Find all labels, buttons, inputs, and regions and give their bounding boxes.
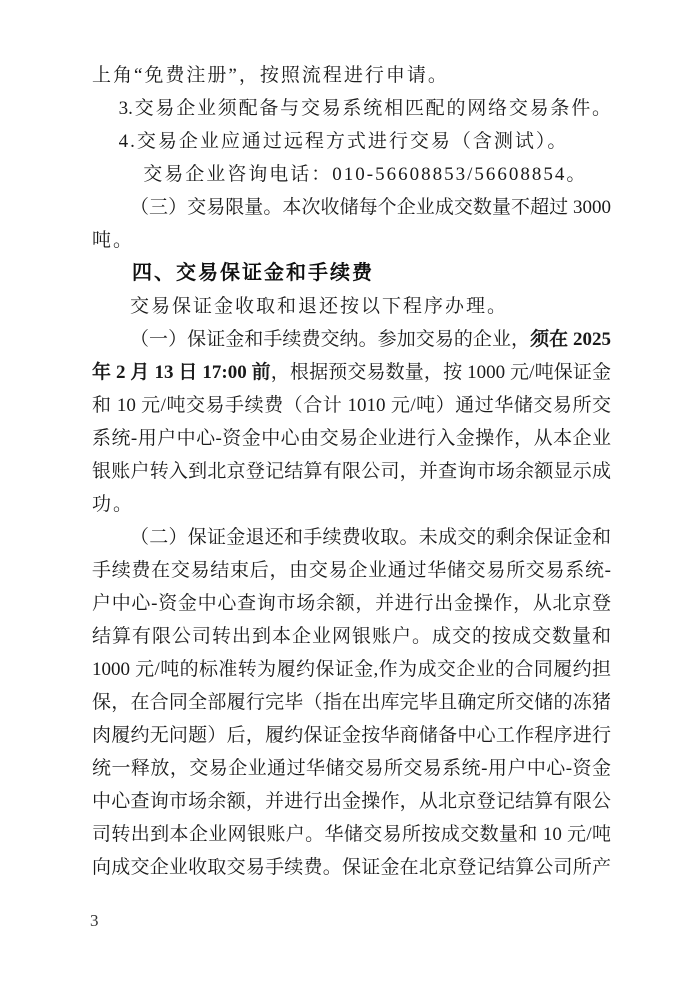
text-segment: 向成交企业收取交易手续费。保证金在北京登记结算公司所产 bbox=[92, 857, 611, 878]
text-segment: 银账户转入到北京登记结算有限公司，并查询市场余额显示成 bbox=[92, 461, 611, 482]
text-line: （一）保证金和手续费交纳。参加交易的企业，须在 2025 bbox=[92, 323, 611, 356]
text-line: 交易保证金收取和退还按以下程序办理。 bbox=[92, 290, 611, 323]
text-segment: 中心查询市场余额，并进行出金操作，从北京登记结算有限公 bbox=[92, 791, 611, 812]
text-line: 统一释放，交易企业通过华储交易所交易系统-用户中心-资金 bbox=[92, 752, 611, 785]
text-line: 年 2 月 13 日 17:00 前，根据预交易数量，按 1000 元/吨保证金 bbox=[92, 356, 611, 389]
emphasized-text-segment: 须在 2025 bbox=[530, 329, 611, 350]
text-segment: 结算有限公司转出到本企业网银账户。成交的按成交数量和 bbox=[92, 626, 611, 647]
text-line: （二）保证金退还和手续费收取。未成交的剩余保证金和 bbox=[92, 521, 611, 554]
document-body: 上角“免费注册”，按照流程进行申请。3.交易企业须配备与交易系统相匹配的网络交易… bbox=[92, 59, 611, 884]
text-line: 保，在合同全部履行完毕（指在出库完毕且确定所交储的冻猪 bbox=[92, 686, 611, 719]
page-number: 3 bbox=[90, 909, 99, 933]
text-line: 户中心-资金中心查询市场余额，并进行出金操作，从北京登记 bbox=[92, 587, 611, 620]
text-line: 中心查询市场余额，并进行出金操作，从北京登记结算有限公 bbox=[92, 785, 611, 818]
section-heading: 四、交易保证金和手续费 bbox=[92, 257, 611, 290]
text-segment: 吨。 bbox=[92, 230, 134, 251]
text-line: 肉履约无问题）后，履约保证金按华商储备中心工作程序进行 bbox=[92, 719, 611, 752]
text-segment: （一）保证金和手续费交纳。参加交易的企业， bbox=[130, 329, 530, 350]
text-line: 4.交易企业应通过远程方式进行交易（含测试）。 bbox=[92, 125, 611, 158]
text-line: 司转出到本企业网银账户。华储交易所按成交数量和 10 元/吨 bbox=[92, 818, 611, 851]
text-segment: 肉履约无问题）后，履约保证金按华商储备中心工作程序进行 bbox=[92, 725, 611, 746]
text-segment: ，根据预交易数量，按 1000 元/吨保证金 bbox=[271, 362, 611, 383]
text-segment: （二）保证金退还和手续费收取。未成交的剩余保证金和 bbox=[130, 527, 611, 548]
text-line: 吨。 bbox=[92, 224, 611, 257]
text-segment: （三）交易限量。本次收储每个企业成交数量不超过 3000 bbox=[130, 197, 611, 218]
document-page: 上角“免费注册”，按照流程进行申请。3.交易企业须配备与交易系统相匹配的网络交易… bbox=[0, 0, 700, 989]
text-line: 交易企业咨询电话：010-56608853/56608854。 bbox=[92, 158, 611, 191]
text-segment: 手续费在交易结束后，由交易企业通过华储交易所交易系统-用 bbox=[92, 560, 611, 587]
emphasized-text-segment: 年 2 月 13 日 17:00 前 bbox=[92, 362, 271, 383]
text-segment: 功。 bbox=[92, 494, 134, 515]
text-line: 结算有限公司转出到本企业网银账户。成交的按成交数量和 bbox=[92, 620, 611, 653]
text-line: 系统-用户中心-资金中心由交易企业进行入金操作，从本企业网 bbox=[92, 422, 611, 455]
text-segment: 系统-用户中心-资金中心由交易企业进行入金操作，从本企业网 bbox=[92, 428, 611, 455]
text-line: 3.交易企业须配备与交易系统相匹配的网络交易条件。 bbox=[92, 92, 611, 125]
text-line: 向成交企业收取交易手续费。保证金在北京登记结算公司所产 bbox=[92, 851, 611, 884]
text-segment: 3.交易企业须配备与交易系统相匹配的网络交易条件。 bbox=[119, 98, 611, 119]
text-segment: 司转出到本企业网银账户。华储交易所按成交数量和 10 元/吨 bbox=[92, 824, 611, 845]
text-line: 功。 bbox=[92, 488, 611, 521]
text-line: 1000 元/吨的标准转为履约保证金,作为成交企业的合同履约担 bbox=[92, 653, 611, 686]
text-line: 手续费在交易结束后，由交易企业通过华储交易所交易系统-用 bbox=[92, 554, 611, 587]
text-segment: 交易企业咨询电话：010-56608853/56608854。 bbox=[143, 164, 587, 185]
text-line: 和 10 元/吨交易手续费（合计 1010 元/吨）通过华储交易所交易 bbox=[92, 389, 611, 422]
text-segment: 1000 元/吨的标准转为履约保证金,作为成交企业的合同履约担 bbox=[92, 659, 611, 680]
text-segment: 和 10 元/吨交易手续费（合计 1010 元/吨）通过华储交易所交易 bbox=[92, 395, 611, 422]
text-segment: 统一释放，交易企业通过华储交易所交易系统-用户中心-资金 bbox=[92, 758, 611, 779]
text-segment: 4.交易企业应通过远程方式进行交易（含测试）。 bbox=[119, 131, 569, 152]
emphasized-text-segment: 四、交易保证金和手续费 bbox=[132, 262, 374, 284]
text-segment: 上角“免费注册”，按照流程进行申请。 bbox=[92, 65, 449, 86]
text-line: 上角“免费注册”，按照流程进行申请。 bbox=[92, 59, 611, 92]
text-segment: 户中心-资金中心查询市场余额，并进行出金操作，从北京登记 bbox=[92, 593, 611, 620]
text-segment: 保，在合同全部履行完毕（指在出库完毕且确定所交储的冻猪 bbox=[92, 692, 611, 713]
text-line: （三）交易限量。本次收储每个企业成交数量不超过 3000 bbox=[92, 191, 611, 224]
text-line: 银账户转入到北京登记结算有限公司，并查询市场余额显示成 bbox=[92, 455, 611, 488]
text-segment: 交易保证金收取和退还按以下程序办理。 bbox=[130, 296, 508, 317]
